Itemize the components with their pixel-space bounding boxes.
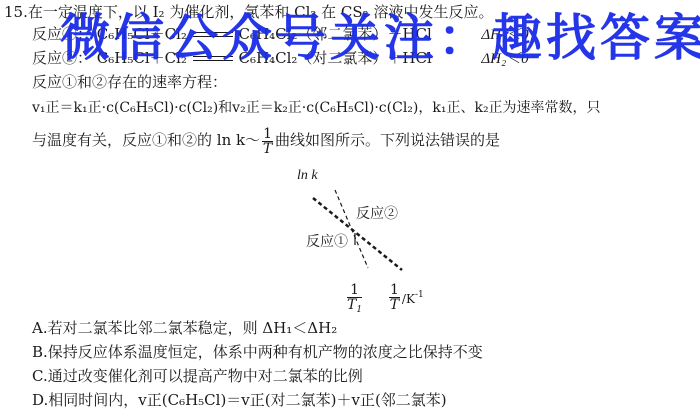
option-C[interactable]: C.通过改变催化剂可以提高产物中对二氯苯的比例: [32, 366, 363, 386]
watermark: 微信公众号关注：趣找答案: [60, 10, 700, 66]
option-D[interactable]: D.相同时间内，v正(C₆H₅Cl)＝v正(对二氯苯)＋v正(邻二氯苯): [32, 390, 447, 410]
option-B[interactable]: B.保持反应体系温度恒定，体系中两种有机产物的浓度之比保持不变: [32, 342, 483, 362]
frac-denominator: T: [262, 142, 273, 156]
y-axis-label: ln k: [297, 168, 318, 184]
rate-cont-post: 曲线如图所示。下列说法错误的是: [275, 131, 500, 149]
reaction-1-line-label: 反应①: [306, 231, 348, 251]
frac-numerator: 1: [262, 127, 273, 142]
rate-cont-pre: 与温度有关，反应①和②的 ln k～: [32, 131, 260, 149]
rate-equation-continued: 与温度有关，反应①和②的 ln k～1T曲线如图所示。下列说法错误的是: [32, 124, 500, 156]
question-number: 15.: [4, 3, 28, 21]
rate-equation: v₁正＝k₁正·c(C₆H₅Cl)·c(Cl₂)和v₂正＝k₂正·c(C₆H₅C…: [32, 98, 601, 118]
option-A[interactable]: A.若对二氯苯比邻二氯苯稳定，则 ΔH₁＜ΔH₂: [32, 318, 337, 338]
lnk-vs-inverse-T-graph: ln k 反应② 反应① 1T1 1T/K-1: [280, 165, 440, 325]
rate-intro: 反应①和②存在的速率方程：: [32, 72, 227, 92]
reaction-2-line-label: 反应②: [356, 203, 398, 223]
x-tick-label-T1: 1T1: [345, 283, 364, 317]
x-axis-label: 1T/K-1: [387, 283, 424, 312]
fraction-1-over-T: 1T: [262, 127, 273, 156]
